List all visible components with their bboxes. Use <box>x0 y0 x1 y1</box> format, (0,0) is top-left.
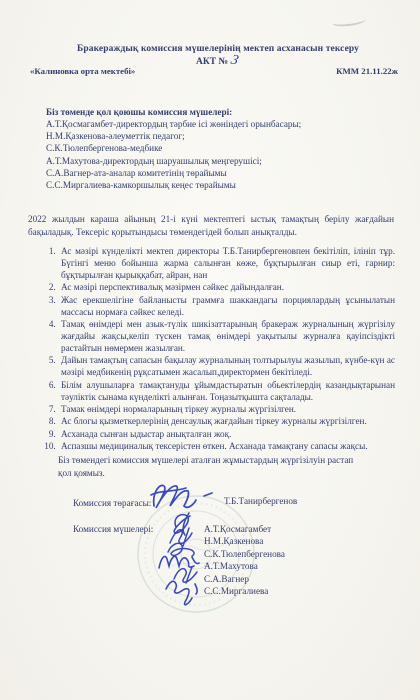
commission-member-line: А.Т.Қосмагамбет-директордың тәрбие ісі ж… <box>46 118 400 130</box>
signatory-row: А.Т.Махутова <box>204 556 285 568</box>
closing-statement: Біз төмендегі комиссия мүшелері аталған … <box>58 454 365 480</box>
pencil-smudge-mark <box>332 15 367 27</box>
commission-member-line: С.К.Тюлепбергенова-медбике <box>46 142 400 154</box>
member-signature-icon <box>164 539 202 561</box>
inspection-intro-paragraph: 2022 жылдын караша айының 21-і күні мект… <box>28 213 394 239</box>
signatory-row: С.А.Вагнер <box>204 569 285 581</box>
subheader-row: «Калиновка орта мектебі» КММ 21.11.22ж <box>30 66 398 76</box>
act-number-handwritten: 3 <box>230 56 240 67</box>
chairman-name: Т.Б.Танирбергенов <box>224 496 297 506</box>
member-signature-icon <box>170 563 202 585</box>
commission-intro: Біз төменде қол қоюшы комиссия мүшелері: <box>46 106 400 118</box>
members-label: Комиссия мүшелері: <box>73 524 153 534</box>
finding-item: Асханада сынған ыдыстар анықталған жоқ. <box>58 429 395 441</box>
finding-item: Ас мәзірі перспективалық мәзірмен сәйкес… <box>58 282 395 294</box>
finding-item: Тамак өнімдері нормаларының тіркеу журна… <box>58 404 395 416</box>
signatory-row: С.С.Миргалиева <box>204 581 285 593</box>
finding-item: Ас блогы қызметкерлерінің денсаулық жағд… <box>58 416 395 428</box>
school-name: «Калиновка орта мектебі» <box>30 66 135 76</box>
commission-member-line: А.Т.Махутова-директордың шаруашылық меңг… <box>46 155 400 167</box>
member-signature-icon <box>162 576 202 610</box>
act-label: АКТ № <box>196 57 228 67</box>
chairman-signature-icon <box>148 480 220 514</box>
member-signature-icon <box>156 549 202 573</box>
signatory-row: Н.М.Қазкенова <box>204 531 285 543</box>
chairman-label: Комиссия төрағасы: <box>73 498 151 508</box>
commission-member-line: С.А.Вагнер-ата-аналар комитетінің төрайы… <box>46 167 400 179</box>
signatory-list: А.Т.Қосмагамбет Н.М.Қазкенова С.К.Тюл <box>204 519 285 593</box>
signatory-row: С.К.Тюлепбергенова <box>204 544 285 556</box>
finding-item: Ас мәзірі күнделікті мектеп директоры Т.… <box>58 246 395 282</box>
member-signature-icon <box>164 511 204 539</box>
signatory-row: А.Т.Қосмагамбет <box>204 519 285 531</box>
finding-item: Жас ерекшелігіне байланысты граммға шакк… <box>58 295 395 319</box>
scanned-act-document: Бракераждық комиссия мүшелерінің мектеп … <box>0 0 420 700</box>
finding-item: Білім алушыларға тамақтануды ұйымдастыра… <box>58 380 395 404</box>
commission-member-line: Н.М.Қазкенова-әлеуметтік педагог; <box>46 130 400 142</box>
finding-item: Дайын тамақтың сапасын бақылау журналыны… <box>58 355 395 379</box>
signature-block: Комиссия төрағасы: Т.Б.Танирбергенов Ком… <box>0 486 420 676</box>
finding-item: Аспазшы медициналық тексерістен өткен. А… <box>58 441 395 453</box>
commission-member-line: С.С.Миргалиева-камкоршылық кеңес төрайым… <box>46 179 400 191</box>
finding-item: Тамақ өнімдері мен азык-түлік шикізаттар… <box>58 319 395 355</box>
member-signature-icon <box>166 525 202 549</box>
document-title: Бракераждық комиссия мүшелерінің мектеп … <box>42 44 394 55</box>
signatory-name: С.С.Миргалиева <box>204 586 268 596</box>
document-date-code: КММ 21.11.22ж <box>336 66 398 76</box>
findings-list: Ас мәзірі күнделікті мектеп директоры Т.… <box>0 246 395 453</box>
